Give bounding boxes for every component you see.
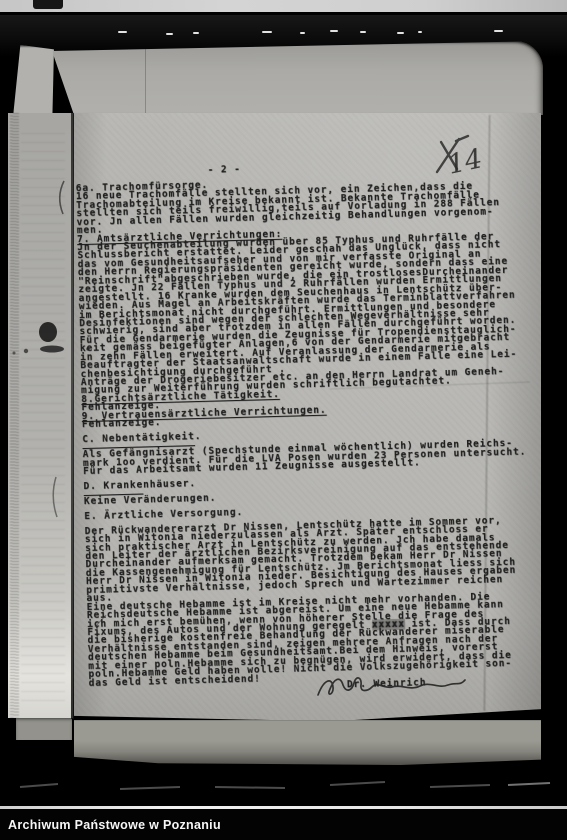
under-sheet-bottom [74,720,541,765]
scanned-document-viewer: - 2 -6a. Trachomfürsorge.16 neue Trachom… [0,0,567,840]
dust-specks [118,30,503,35]
left-folded-strip [8,113,73,718]
under-sheet-top [50,41,543,115]
page-fold-line [71,113,74,719]
bottom-smudges [20,782,550,789]
scanner-notch [33,0,63,9]
archive-name-label: Archiwum Państwowe w Poznaniu [8,818,221,832]
left-strip-stub [16,718,72,740]
corner-paper-piece [13,45,54,117]
under-sheet-seam [145,49,146,115]
scanner-top-strip [0,0,567,12]
archive-footer-bar: Archiwum Państwowe w Poznaniu [0,809,567,840]
photo-area: - 2 -6a. Trachomfürsorge.16 neue Trachom… [0,15,567,806]
typed-lines: - 2 -6a. Trachomfürsorge.16 neue Trachom… [75,156,551,694]
